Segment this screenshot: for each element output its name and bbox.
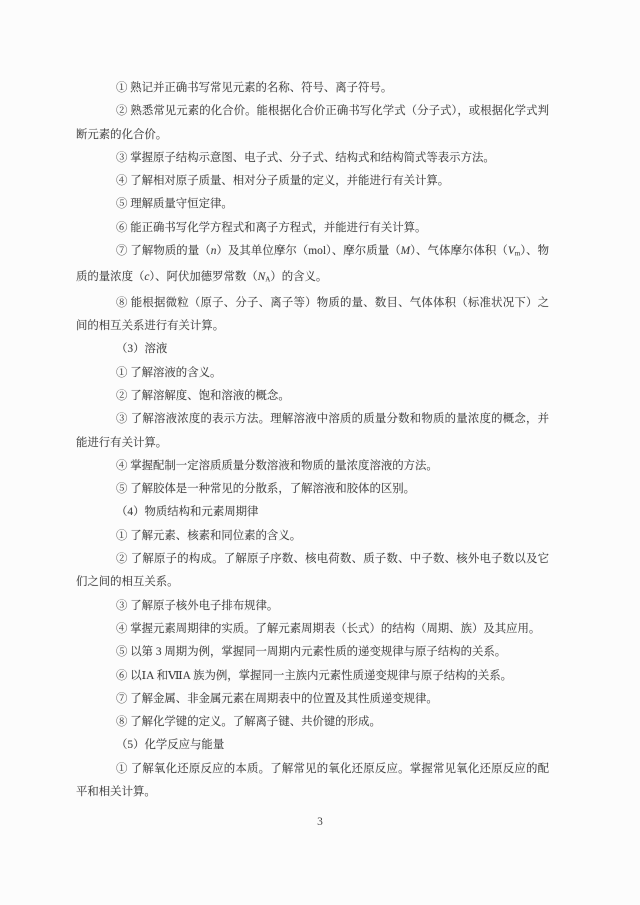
text-run: V: [508, 245, 515, 257]
text-run: ⑧ 了解化学键的定义。了解离子键、共价键的形成。: [116, 716, 381, 728]
text-run: ⑤ 了解胶体是一种常见的分散系，了解溶液和胶体的区别。: [116, 483, 415, 495]
list-item: ⑤ 以第 3 周期为例，掌握同一周期内元素性质的递变规律与原子结构的关系。: [76, 641, 549, 664]
text-run: ）的含义。: [270, 271, 327, 283]
document-body: ① 熟记并正确书写常见元素的名称、符号、离子符号。② 熟悉常见元素的化合价。能根…: [76, 77, 549, 804]
text-run: ③ 掌握原子结构示意图、电子式、分子式、结构式和结构简式等表示方法。: [116, 152, 495, 164]
text-run: ）及其单位摩尔（mol）、摩尔质量（: [216, 245, 400, 257]
list-item: ① 熟记并正确书写常见元素的名称、符号、离子符号。: [76, 77, 549, 100]
list-item: ① 了解元素、核素和同位素的含义。: [76, 525, 549, 548]
document-page: ① 熟记并正确书写常见元素的名称、符号、离子符号。② 熟悉常见元素的化合价。能根…: [0, 0, 640, 905]
text-run: ⑤ 以第 3 周期为例，掌握同一周期内元素性质的递变规律与原子结构的关系。: [116, 646, 506, 658]
text-run: ② 了解原子的构成。了解原子序数、核电荷数、质子数、中子数、核外电子数以及它们之…: [76, 553, 549, 588]
section-heading: （5）化学反应与能量: [76, 734, 549, 757]
section-heading: （3）溶液: [76, 338, 549, 361]
list-item: ③ 了解溶液浓度的表示方法。理解溶液中溶质的质量分数和物质的量浓度的概念，并能进…: [76, 408, 549, 455]
text-run: ④ 掌握配制一定溶质质量分数溶液和物质的量浓度溶液的方法。: [116, 460, 438, 472]
list-item: ② 了解溶解度、饱和溶液的概念。: [76, 385, 549, 408]
text-run: M: [401, 245, 411, 257]
list-item: ① 了解氧化还原反应的本质。了解常见的氧化还原反应。掌握常见氧化还原反应的配平和…: [76, 758, 549, 805]
list-item: ⑥ 能正确书写化学方程式和离子方程式，并能进行有关计算。: [76, 217, 549, 240]
list-item: ⑧ 了解化学键的定义。了解离子键、共价键的形成。: [76, 711, 549, 734]
list-item: ① 了解溶液的含义。: [76, 362, 549, 385]
text-run: ② 了解溶解度、饱和溶液的概念。: [116, 390, 290, 402]
list-item: ⑦ 了解物质的量（n）及其单位摩尔（mol）、摩尔质量（M）、气体摩尔体积（Vm…: [76, 240, 549, 292]
text-run: ③ 了解原子核外电子排布规律。: [116, 600, 278, 612]
list-item: ⑥ 以ⅠA 和ⅦA 族为例，掌握同一主族内元素性质递变规律与原子结构的关系。: [76, 665, 549, 688]
list-item: ⑧ 能根据微粒（原子、分子、离子等）物质的量、数目、气体体积（标准状况下）之间的…: [76, 292, 549, 339]
text-run: ① 了解氧化还原反应的本质。了解常见的氧化还原反应。掌握常见氧化还原反应的配平和…: [76, 763, 549, 798]
list-item: ④ 掌握元素周期律的实质。了解元素周期表（长式）的结构（周期、族）及其应用。: [76, 618, 549, 641]
page-number: 3: [0, 816, 640, 828]
list-item: ③ 了解原子核外电子排布规律。: [76, 595, 549, 618]
list-item: ② 熟悉常见元素的化合价。能根据化合价正确书写化学式（分子式），或根据化学式判断…: [76, 100, 549, 147]
text-run: ）、阿伏加德罗常数（: [149, 271, 257, 283]
list-item: ④ 掌握配制一定溶质质量分数溶液和物质的量浓度溶液的方法。: [76, 455, 549, 478]
text-run: ① 熟记并正确书写常见元素的名称、符号、离子符号。: [116, 82, 392, 94]
list-item: ⑤ 理解质量守恒定律。: [76, 193, 549, 216]
list-item: ② 了解原子的构成。了解原子序数、核电荷数、质子数、中子数、核外电子数以及它们之…: [76, 548, 549, 595]
text-run: ① 了解溶液的含义。: [116, 367, 221, 379]
text-run: ⑥ 以ⅠA 和ⅦA 族为例，掌握同一主族内元素性质递变规律与原子结构的关系。: [116, 670, 512, 682]
text-run: ③ 了解溶液浓度的表示方法。理解溶液中溶质的质量分数和物质的量浓度的概念，并能进…: [76, 413, 549, 448]
list-item: ⑤ 了解胶体是一种常见的分散系，了解溶液和胶体的区别。: [76, 478, 549, 501]
text-run: ）、气体摩尔体积（: [410, 245, 508, 257]
text-run: ⑤ 理解质量守恒定律。: [116, 198, 233, 210]
text-run: （4）物质结构和元素周期律: [116, 506, 258, 518]
text-run: ⑦ 了解金属、非金属元素在周期表中的位置及其性质递变规律。: [116, 693, 438, 705]
text-run: （5）化学反应与能量: [116, 739, 224, 751]
list-item: ③ 掌握原子结构示意图、电子式、分子式、结构式和结构简式等表示方法。: [76, 147, 549, 170]
text-run: ② 熟悉常见元素的化合价。能根据化合价正确书写化学式（分子式），或根据化学式判断…: [76, 105, 549, 140]
text-run: ④ 掌握元素周期律的实质。了解元素周期表（长式）的结构（周期、族）及其应用。: [116, 623, 540, 635]
text-run: ① 了解元素、核素和同位素的含义。: [116, 530, 301, 542]
section-heading: （4）物质结构和元素周期律: [76, 501, 549, 524]
list-item: ④ 了解相对原子质量、相对分子质量的定义，并能进行有关计算。: [76, 170, 549, 193]
text-run: （3）溶液: [116, 343, 167, 355]
text-run: ⑦ 了解物质的量（: [116, 245, 211, 257]
text-run: ⑧ 能根据微粒（原子、分子、离子等）物质的量、数目、气体体积（标准状况下）之间的…: [76, 297, 549, 332]
text-run: ⑥ 能正确书写化学方程式和离子方程式，并能进行有关计算。: [116, 222, 426, 234]
text-run: ④ 了解相对原子质量、相对分子质量的定义，并能进行有关计算。: [116, 175, 449, 187]
list-item: ⑦ 了解金属、非金属元素在周期表中的位置及其性质递变规律。: [76, 688, 549, 711]
